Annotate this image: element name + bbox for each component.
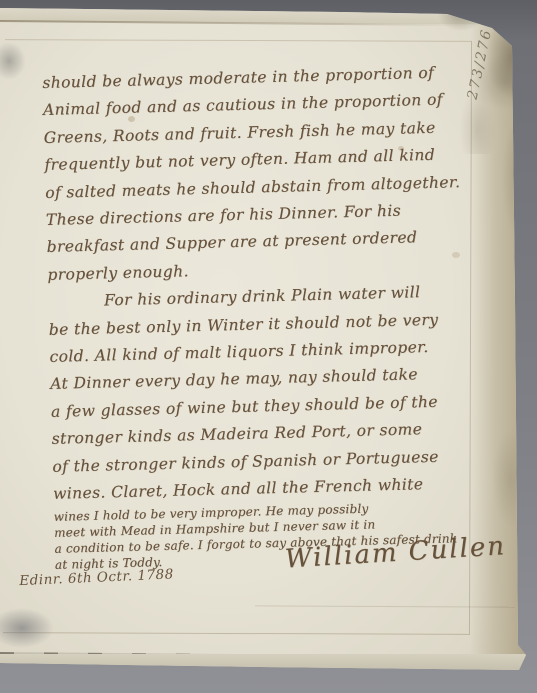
manuscript-photo: 273/276 should be always moderate in the… [0,0,537,693]
letter-body: should be always moderate in the proport… [42,59,488,611]
stain-bottom-left [0,608,54,648]
book-page: 273/276 should be always moderate in the… [0,0,537,693]
